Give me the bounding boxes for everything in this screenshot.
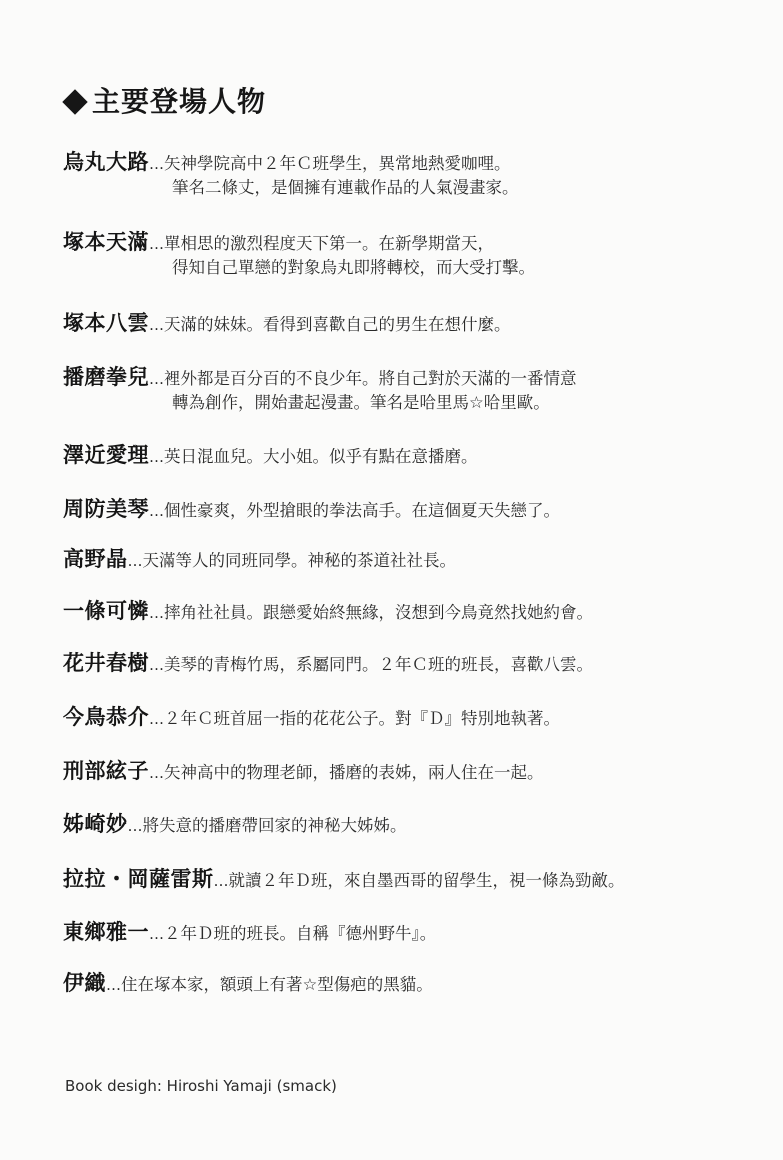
separator-dots: …: [149, 448, 164, 466]
character-name: 刑部絃子: [63, 759, 149, 783]
character-entry: 周防美琴…個性豪爽，外型搶眼的拳法高手。在這個夏天失戀了。: [63, 496, 560, 522]
character-description: 將失意的播磨帶回家的神秘大姊姊。: [143, 816, 407, 835]
separator-dots: …: [106, 976, 121, 994]
character-entry: 澤近愛理…英日混血兒。大小姐。似乎有點在意播磨。: [63, 442, 478, 468]
character-name: 東鄉雅一: [63, 920, 149, 944]
character-description: 矢神學院高中２年Ｃ班學生，異常地熱愛咖哩。: [164, 154, 511, 173]
character-name: 今鳥恭介: [63, 705, 149, 729]
character-description: 英日混血兒。大小姐。似乎有點在意播磨。: [164, 447, 478, 466]
character-description: 美琴的青梅竹馬，系屬同門。２年Ｃ班的班長，喜歡八雲。: [164, 655, 593, 674]
separator-dots: …: [128, 552, 143, 570]
character-description-continued: 筆名二條丈，是個擁有連載作品的人氣漫畫家。: [63, 175, 519, 201]
separator-dots: …: [149, 604, 164, 622]
character-name: 澤近愛理: [63, 443, 149, 467]
character-description: 矢神高中的物理老師，播磨的表姊，兩人住在一起。: [164, 763, 544, 782]
separator-dots: …: [128, 817, 143, 835]
character-entry: 花井春樹…美琴的青梅竹馬，系屬同門。２年Ｃ班的班長，喜歡八雲。: [63, 650, 593, 676]
character-entry: 烏丸大路…矢神學院高中２年Ｃ班學生，異常地熱愛咖哩。 筆名二條丈，是個擁有連載作…: [63, 149, 519, 201]
diamond-icon: [62, 89, 87, 114]
character-description: 天滿的妹妹。看得到喜歡自己的男生在想什麼。: [164, 315, 511, 334]
character-entry: 伊織…住在塚本家，額頭上有著☆型傷疤的黑貓。: [63, 970, 433, 996]
character-entry: 東鄉雅一…２年Ｄ班的班長。自稱『德州野牛』。: [63, 919, 436, 945]
character-name: 拉拉・岡薩雷斯: [63, 867, 214, 891]
character-name: 伊織: [63, 971, 106, 995]
character-description: 就讀２年Ｄ班，來自墨西哥的留學生，視一條為勁敵。: [229, 871, 625, 890]
character-description-continued: 得知自己單戀的對象烏丸即將轉校，而大受打擊。: [63, 255, 535, 281]
character-entry: 拉拉・岡薩雷斯…就讀２年Ｄ班，來自墨西哥的留學生，視一條為勁敵。: [63, 866, 625, 892]
character-name: 烏丸大路: [63, 150, 149, 174]
character-description: 天滿等人的同班同學。神秘的茶道社社長。: [143, 551, 457, 570]
separator-dots: …: [149, 235, 164, 253]
character-description: 個性豪爽，外型搶眼的拳法高手。在這個夏天失戀了。: [164, 501, 560, 520]
character-description: 住在塚本家，額頭上有著☆型傷疤的黑貓。: [121, 975, 433, 994]
character-entry: 一條可憐…摔角社社員。跟戀愛始終無緣，沒想到今鳥竟然找她約會。: [63, 598, 593, 624]
separator-dots: …: [214, 872, 229, 890]
separator-dots: …: [149, 502, 164, 520]
character-name: 塚本八雲: [63, 311, 149, 335]
book-design-credit: Book desigh: Hiroshi Yamaji (smack): [65, 1077, 337, 1095]
character-name: 周防美琴: [63, 497, 149, 521]
character-entry: 刑部絃子…矢神高中的物理老師，播磨的表姊，兩人住在一起。: [63, 758, 544, 784]
separator-dots: …: [149, 656, 164, 674]
character-description: 裡外都是百分百的不良少年。將自己對於天滿的一番情意: [164, 369, 577, 388]
character-entry: 塚本八雲…天滿的妹妹。看得到喜歡自己的男生在想什麼。: [63, 310, 511, 336]
character-description: 摔角社社員。跟戀愛始終無緣，沒想到今鳥竟然找她約會。: [164, 603, 593, 622]
page-title: 主要登場人物: [62, 84, 266, 120]
separator-dots: …: [149, 155, 164, 173]
character-name: 塚本天滿: [63, 230, 149, 254]
separator-dots: …: [149, 925, 164, 943]
character-entry: 姊崎妙…將失意的播磨帶回家的神秘大姊姊。: [63, 811, 407, 837]
character-entry: 塚本天滿…單相思的激烈程度天下第一。在新學期當天， 得知自己單戀的對象烏丸即將轉…: [63, 229, 535, 281]
character-name: 姊崎妙: [63, 812, 128, 836]
character-entry: 高野晶…天滿等人的同班同學。神秘的茶道社社長。: [63, 546, 456, 572]
separator-dots: …: [149, 316, 164, 334]
character-description: ２年Ｃ班首屈一指的花花公子。對『Ｄ』特別地執著。: [164, 709, 560, 728]
character-name: 播磨拳兒: [63, 365, 149, 389]
character-entry: 播磨拳兒…裡外都是百分百的不良少年。將自己對於天滿的一番情意 轉為創作，開始畫起…: [63, 364, 577, 416]
separator-dots: …: [149, 370, 164, 388]
separator-dots: …: [149, 764, 164, 782]
separator-dots: …: [149, 710, 164, 728]
character-entry: 今鳥恭介…２年Ｃ班首屈一指的花花公子。對『Ｄ』特別地執著。: [63, 704, 560, 730]
character-description: ２年Ｄ班的班長。自稱『德州野牛』。: [164, 924, 436, 943]
character-description-continued: 轉為創作，開始畫起漫畫。筆名是哈里馬☆哈里歐。: [63, 390, 577, 416]
character-description: 單相思的激烈程度天下第一。在新學期當天，: [164, 234, 494, 253]
character-name: 一條可憐: [63, 599, 149, 623]
character-name: 花井春樹: [63, 651, 149, 675]
page-title-text: 主要登場人物: [92, 85, 266, 118]
character-name: 高野晶: [63, 547, 128, 571]
